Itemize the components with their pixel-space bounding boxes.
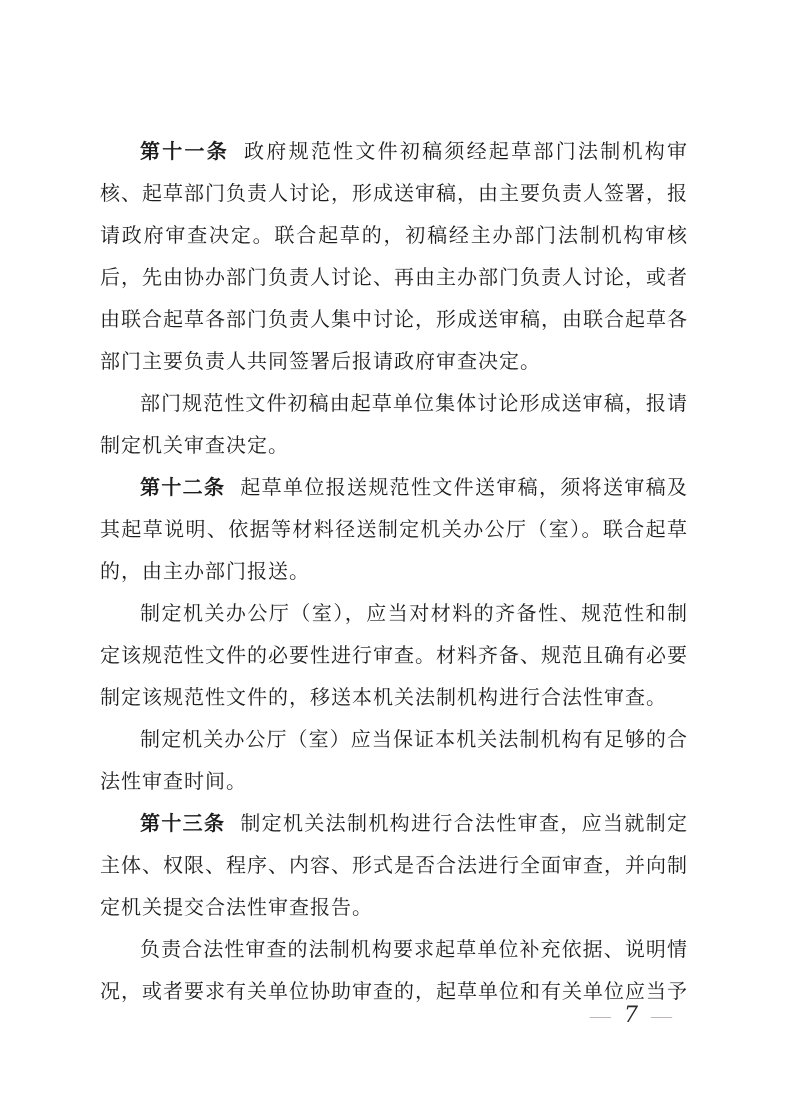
footer-dash-left: — <box>590 1004 611 1028</box>
footer-dash-right: — <box>651 1004 672 1028</box>
paragraph: 部门规范性文件初稿由起草单位集体讨论形成送审稿，报请制定机关审查决定。 <box>100 383 688 467</box>
document-page: 第十一条政府规范性文件初稿须经起草部门法制机构审核、起草部门负责人讨论，形成送审… <box>0 0 786 1117</box>
page-footer: — 7 — <box>590 1001 672 1031</box>
paragraph: 制定机关办公厅（室），应当对材料的齐备性、规范性和制定该规范性文件的必要性进行审… <box>100 593 688 719</box>
paragraph: 制定机关办公厅（室）应当保证本机关法制机构有足够的合法性审查时间。 <box>100 719 688 803</box>
article-number: 第十一条 <box>140 141 229 163</box>
paragraph-article-11: 第十一条政府规范性文件初稿须经起草部门法制机构审核、起草部门负责人讨论，形成送审… <box>100 131 688 383</box>
article-number: 第十二条 <box>140 477 225 499</box>
paragraph-text: 制定机关办公厅（室），应当对材料的齐备性、规范性和制定该规范性文件的必要性进行审… <box>100 603 688 709</box>
paragraph-text: 制定机关办公厅（室）应当保证本机关法制机构有足够的合法性审查时间。 <box>100 729 688 793</box>
paragraph-article-12: 第十二条起草单位报送规范性文件送审稿，须将送审稿及其起草说明、依据等材料径送制定… <box>100 467 688 593</box>
paragraph-text: 政府规范性文件初稿须经起草部门法制机构审核、起草部门负责人讨论，形成送审稿，由主… <box>100 141 688 373</box>
paragraph-text: 负责合法性审查的法制机构要求起草单位补充依据、说明情况，或者要求有关单位协助审查… <box>100 939 688 1003</box>
paragraph-text: 部门规范性文件初稿由起草单位集体讨论形成送审稿，报请制定机关审查决定。 <box>100 393 688 457</box>
document-body: 第十一条政府规范性文件初稿须经起草部门法制机构审核、起草部门负责人讨论，形成送审… <box>100 131 688 1013</box>
page-number: 7 <box>624 1001 638 1031</box>
article-number: 第十三条 <box>140 813 225 835</box>
paragraph-article-13: 第十三条制定机关法制机构进行合法性审查，应当就制定主体、权限、程序、内容、形式是… <box>100 803 688 929</box>
